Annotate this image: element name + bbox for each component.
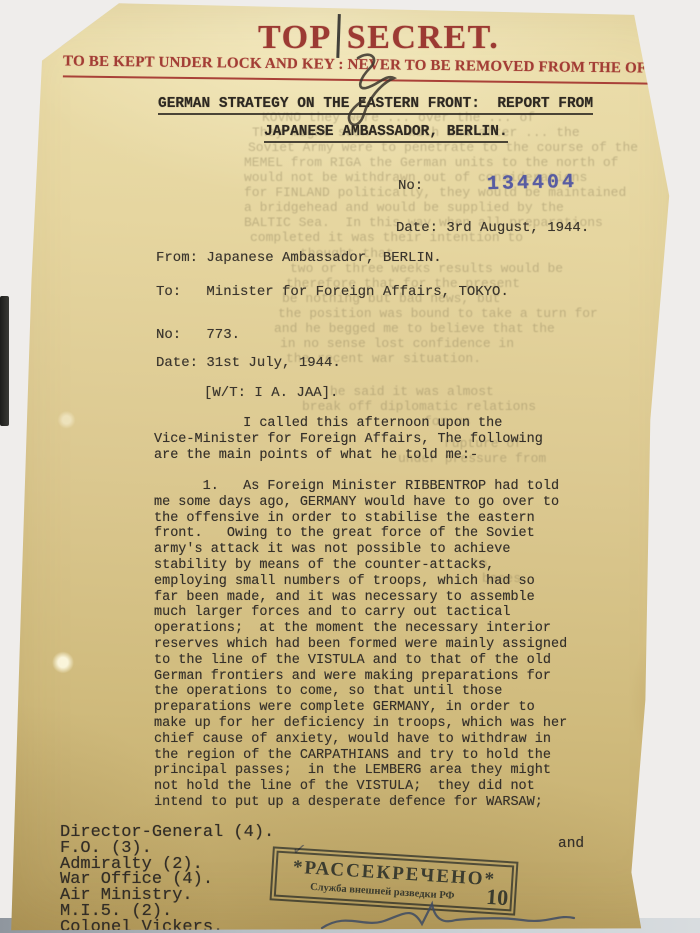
wt-line: [W/T: I A. JAA].	[204, 385, 338, 401]
paragraph-text-line: the offensive in order to stabilise the …	[154, 511, 567, 527]
ghost-text-fragment: he said it was almost	[330, 384, 494, 399]
paragraph-text-line: to the line of the VISTULA and to that o…	[154, 653, 567, 669]
paragraph-text-line: front. Owing to the great force of the S…	[154, 526, 567, 542]
rust-mark	[68, 17, 74, 23]
distribution-list: Director-General (4).F.O. (3).Admiralty …	[60, 825, 274, 933]
scanned-document-photo: { "document": { "classification_word1": …	[0, 0, 700, 933]
registry-number-stamp: 134404	[487, 171, 578, 196]
handwritten-ink-scribble	[320, 50, 410, 130]
background-object	[0, 296, 9, 426]
paragraph-text-line: army's attack it was not possible to ach…	[154, 542, 567, 558]
paragraph-text-line: the operations to come, so that until th…	[154, 684, 567, 700]
registry-no-label: No:	[398, 178, 423, 194]
paragraph-text-line: far been made, and it was necessary to a…	[154, 590, 567, 606]
paragraph-text-line: the region of the CARPATHIANS and try to…	[154, 748, 567, 764]
ghost-text-fragment: MEMEL from RIGA the German units to the …	[244, 155, 618, 170]
paragraph-text-line: employing small numbers of troops, which…	[154, 574, 567, 590]
to-line: To: Minister for Foreign Affairs, TOKYO.	[156, 284, 509, 300]
paragraph-text-line: operations; at the moment the necessary …	[154, 621, 567, 637]
paragraph-1: 1. As Foreign Minister RIBBENTROP had to…	[154, 479, 567, 811]
intro-paragraph: I called this afternoon upon theVice-Min…	[154, 416, 543, 463]
from-line: From: Japanese Ambassador, BERLIN.	[156, 250, 442, 266]
registry-date-line: Date: 3rd August, 1944.	[396, 220, 589, 236]
signature-scribble	[310, 900, 580, 933]
staple-icon	[46, 6, 116, 54]
paragraph-text-line: me some days ago, GERMANY would have to …	[154, 495, 567, 511]
intro-text-line: Vice-Minister for Foreign Affairs, The f…	[154, 432, 543, 448]
paragraph-text-line: not hold the line of the VISTULA; they d…	[154, 779, 567, 795]
paragraph-text-line: 1. As Foreign Minister RIBBENTROP had to…	[154, 479, 567, 495]
paragraph-text-line: much larger forces and to carry out tact…	[154, 605, 567, 621]
ghost-text-fragment: a bridgehead and would be supplied by th…	[244, 200, 564, 215]
message-date-line: Date: 31st July, 1944.	[156, 355, 341, 371]
ghost-text-fragment: and he begged me to believe that the	[274, 321, 555, 336]
paragraph-text-line: make up for her deficiency in troops, wh…	[154, 716, 567, 732]
paragraph-text-line: German frontiers and were making prepara…	[154, 669, 567, 685]
paragraph-text-line: principal passes; in the LEMBERG area th…	[154, 763, 567, 779]
ghost-text-fragment: the position was bound to take a turn fo…	[278, 306, 598, 321]
paper-sheet: KOVNO they were ... over the ... ofThey …	[0, 0, 700, 933]
message-no-line: No: 773.	[156, 327, 240, 343]
paragraph-text-line: preparations were complete GERMANY, in o…	[154, 700, 567, 716]
intro-text-line: I called this afternoon upon the	[154, 416, 543, 432]
intro-text-line: are the main points of what he told me:-	[154, 448, 543, 464]
paragraph-text-line: reserves which had been formed were main…	[154, 637, 567, 653]
paragraph-text-line: stability by means of the counter-attack…	[154, 558, 567, 574]
ghost-text-fragment: break off diplomatic relations	[302, 399, 536, 414]
paragraph-text-line: intend to put up a desperate defence for…	[154, 795, 567, 811]
paragraph-text-line: chief cause of anxiety, would have to wi…	[154, 732, 567, 748]
ghost-text-fragment: in no sense lost confidence in	[280, 336, 514, 351]
continuation-word: and	[558, 836, 584, 852]
